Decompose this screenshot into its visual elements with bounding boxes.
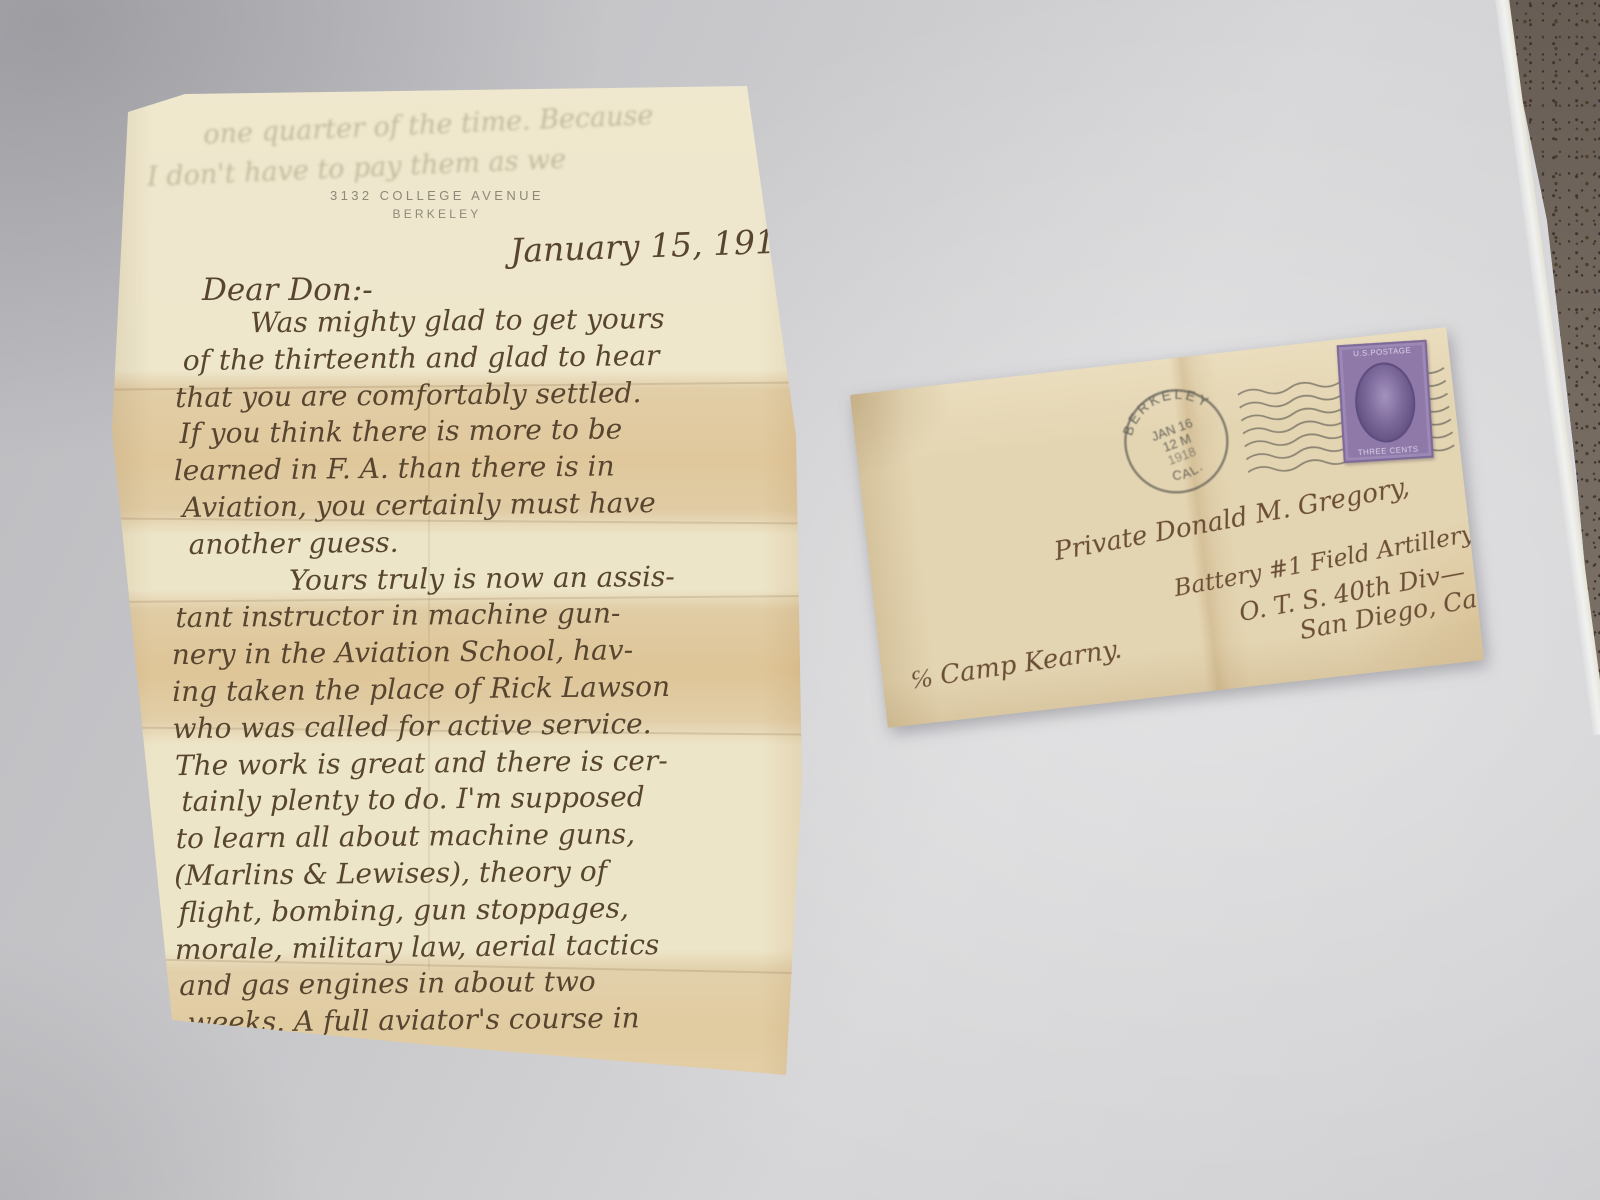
stamp-top-text: U.S.POSTAGE — [1339, 345, 1425, 359]
letter-salutation: Dear Don:- — [202, 272, 373, 308]
letter-line: flight, bombing, gun stoppages, — [174, 890, 774, 933]
letter-line: another guess. — [170, 522, 770, 565]
letter-line: learned in F. A. than there is in — [170, 448, 770, 491]
ghost-showthrough-text: one quarter of the time. Because I don't… — [145, 90, 788, 198]
letterhead-address: 3132 COLLEGE AVENUE — [110, 188, 764, 203]
letter-line: If you think there is more to be — [169, 411, 769, 454]
letter-line: Was mighty glad to get yours — [168, 301, 768, 344]
letter-line: tainly plenty to do. I'm supposed — [173, 779, 773, 822]
postage-stamp: U.S.POSTAGE THREE CENTS — [1337, 340, 1434, 463]
letter-line: ing taken the place of Rick Lawson — [172, 669, 772, 712]
stamp-portrait — [1353, 361, 1418, 445]
postmark-circle: BERKELEY JAN 16 12 M 1918 CAL. — [1093, 358, 1260, 525]
letter-line: weeks. A full aviator's course in — [175, 1000, 775, 1043]
postmark: BERKELEY JAN 16 12 M 1918 CAL. — [1093, 358, 1260, 525]
letter-line: The work is great and there is cer- — [173, 742, 773, 785]
envelope: BERKELEY JAN 16 12 M 1918 CAL. — [850, 327, 1484, 728]
letter-line: and gas engines in about two — [175, 963, 775, 1006]
letterhead: 3132 COLLEGE AVENUE BERKELEY — [110, 188, 764, 221]
letter-line: Yours truly is now an assis- — [171, 558, 771, 601]
letter-line: nery in the Aviation School, hav- — [172, 632, 772, 675]
letter-line: (Marlins & Lewises), theory of — [174, 853, 774, 896]
photo-scene: one quarter of the time. Because I don't… — [0, 0, 1600, 1200]
letter-page: one quarter of the time. Because I don't… — [110, 80, 810, 1080]
stamp-bottom-text: THREE CENTS — [1345, 444, 1431, 458]
letter-line: to learn all about machine guns, — [174, 816, 774, 859]
letterhead-city: BERKELEY — [110, 207, 764, 221]
letter-line: of the thirteenth and glad to hear — [169, 338, 769, 381]
letter-line: that you are comfortably settled. — [169, 374, 769, 417]
letter-date: January 15, 1918. — [509, 221, 808, 270]
letter-line: Aviation, you certainly must have — [170, 485, 770, 528]
care-of-line: ℅ Camp Kearny. — [909, 634, 1124, 695]
letter-line: tant instructor in machine gun- — [171, 595, 771, 638]
letter-line: who was called for active service. — [172, 706, 772, 749]
letter-line: morale, military law, aerial tactics — [175, 926, 775, 969]
letter-body: Was mighty glad to get yours of the thir… — [168, 301, 776, 1043]
